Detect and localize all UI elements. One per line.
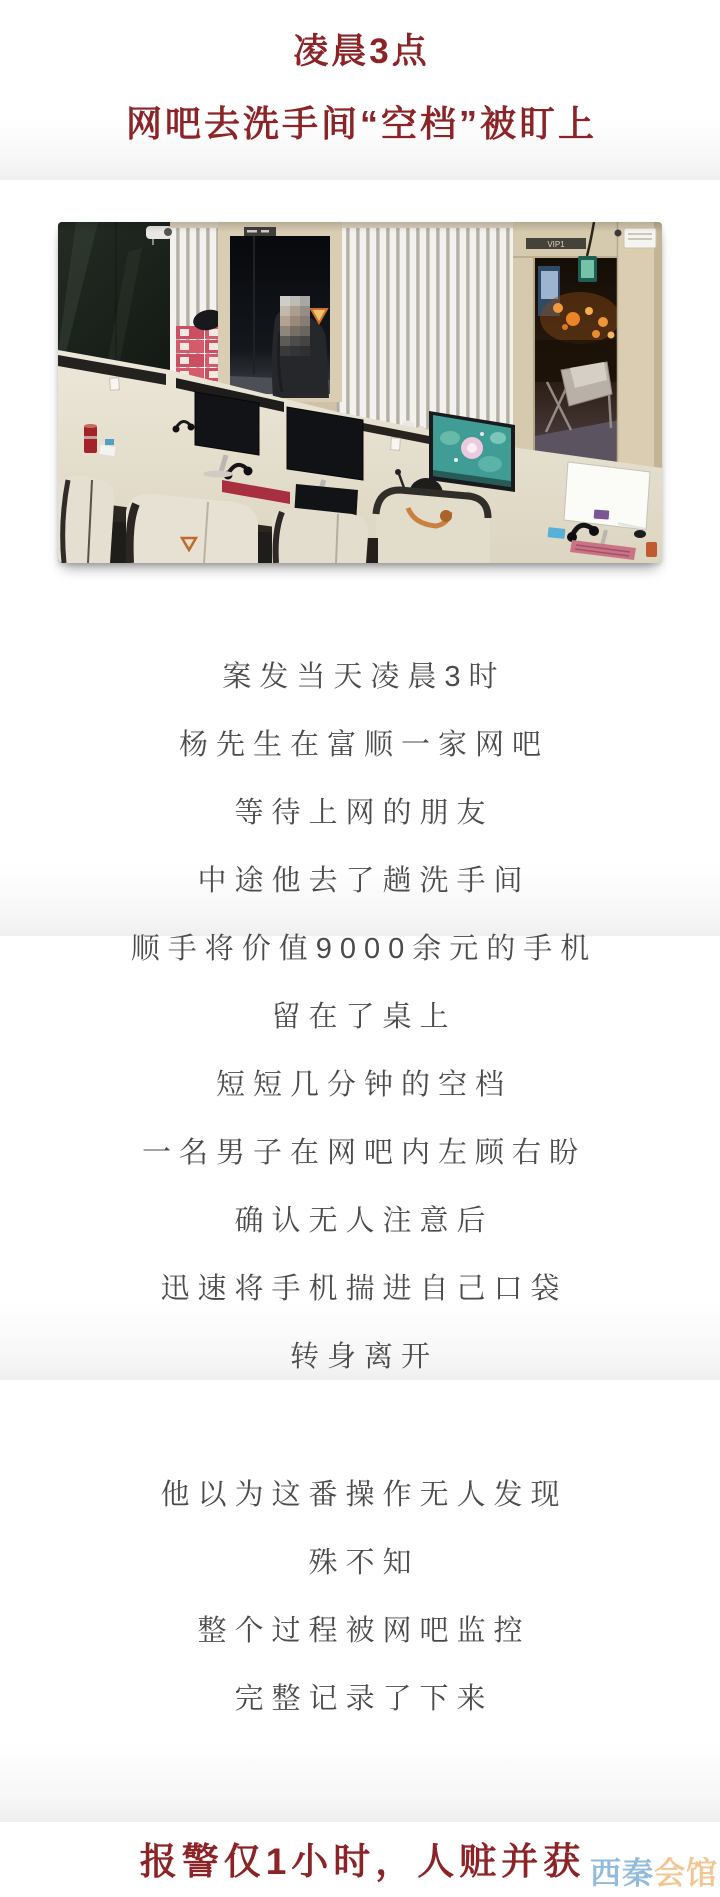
story-line: 一名男子在网吧内左顾右盼	[0, 1133, 720, 1173]
orange-cup	[646, 542, 657, 557]
vip-sign-text: VIP1	[547, 240, 565, 249]
mouse	[634, 530, 646, 538]
cola-cup	[84, 424, 97, 453]
internet-cafe-scene: VIP1	[58, 222, 662, 563]
story-line: 转身离开	[0, 1337, 720, 1377]
story-line: 案发当天凌晨3时	[0, 657, 720, 697]
article-page: 凌晨3点 网吧去洗手间“空档”被盯上	[0, 0, 720, 1897]
story-line: 杨先生在富顺一家网吧	[0, 725, 720, 765]
story-line: 留在了桌上	[0, 997, 720, 1037]
watermark-part1: 西秦	[590, 1856, 654, 1891]
gaming-chair	[58, 476, 114, 563]
page-title-line1: 凌晨3点	[0, 24, 720, 74]
story-line: 殊不知	[0, 1543, 720, 1583]
story-line: 迅速将手机揣进自己口袋	[0, 1269, 720, 1309]
gaming-chair	[272, 508, 368, 563]
purple-tag	[594, 510, 610, 520]
story-line: 完整记录了下来	[0, 1679, 720, 1719]
story-paragraph-2: 他以为这番操作无人发现殊不知整个过程被网吧监控完整记录了下来	[0, 1475, 720, 1747]
watermark: 西秦会馆	[590, 1848, 718, 1893]
blue-card	[548, 527, 566, 539]
watermark-part2: 会馆	[654, 1856, 718, 1891]
surveillance-photo[interactable]: VIP1	[58, 222, 662, 563]
story-line: 他以为这番操作无人发现	[0, 1475, 720, 1515]
story-line: 短短几分钟的空档	[0, 1065, 720, 1105]
page-title-line2: 网吧去洗手间“空档”被盯上	[0, 96, 720, 147]
story-line: 整个过程被网吧监控	[0, 1611, 720, 1651]
story-line: 等待上网的朋友	[0, 793, 720, 833]
gaming-chair	[126, 494, 258, 563]
story-line: 中途他去了趟洗手间	[0, 861, 720, 901]
mosaic-face	[280, 296, 310, 356]
stitch-gradient	[0, 1742, 720, 1822]
vip-room: VIP1	[513, 222, 662, 474]
story-line: 确认无人注意后	[0, 1201, 720, 1241]
story-line: 顺手将价值9000余元的手机	[0, 929, 720, 969]
story-paragraph-1: 案发当天凌晨3时杨先生在富顺一家网吧等待上网的朋友中途他去了趟洗手间顺手将价值9…	[0, 657, 720, 1405]
